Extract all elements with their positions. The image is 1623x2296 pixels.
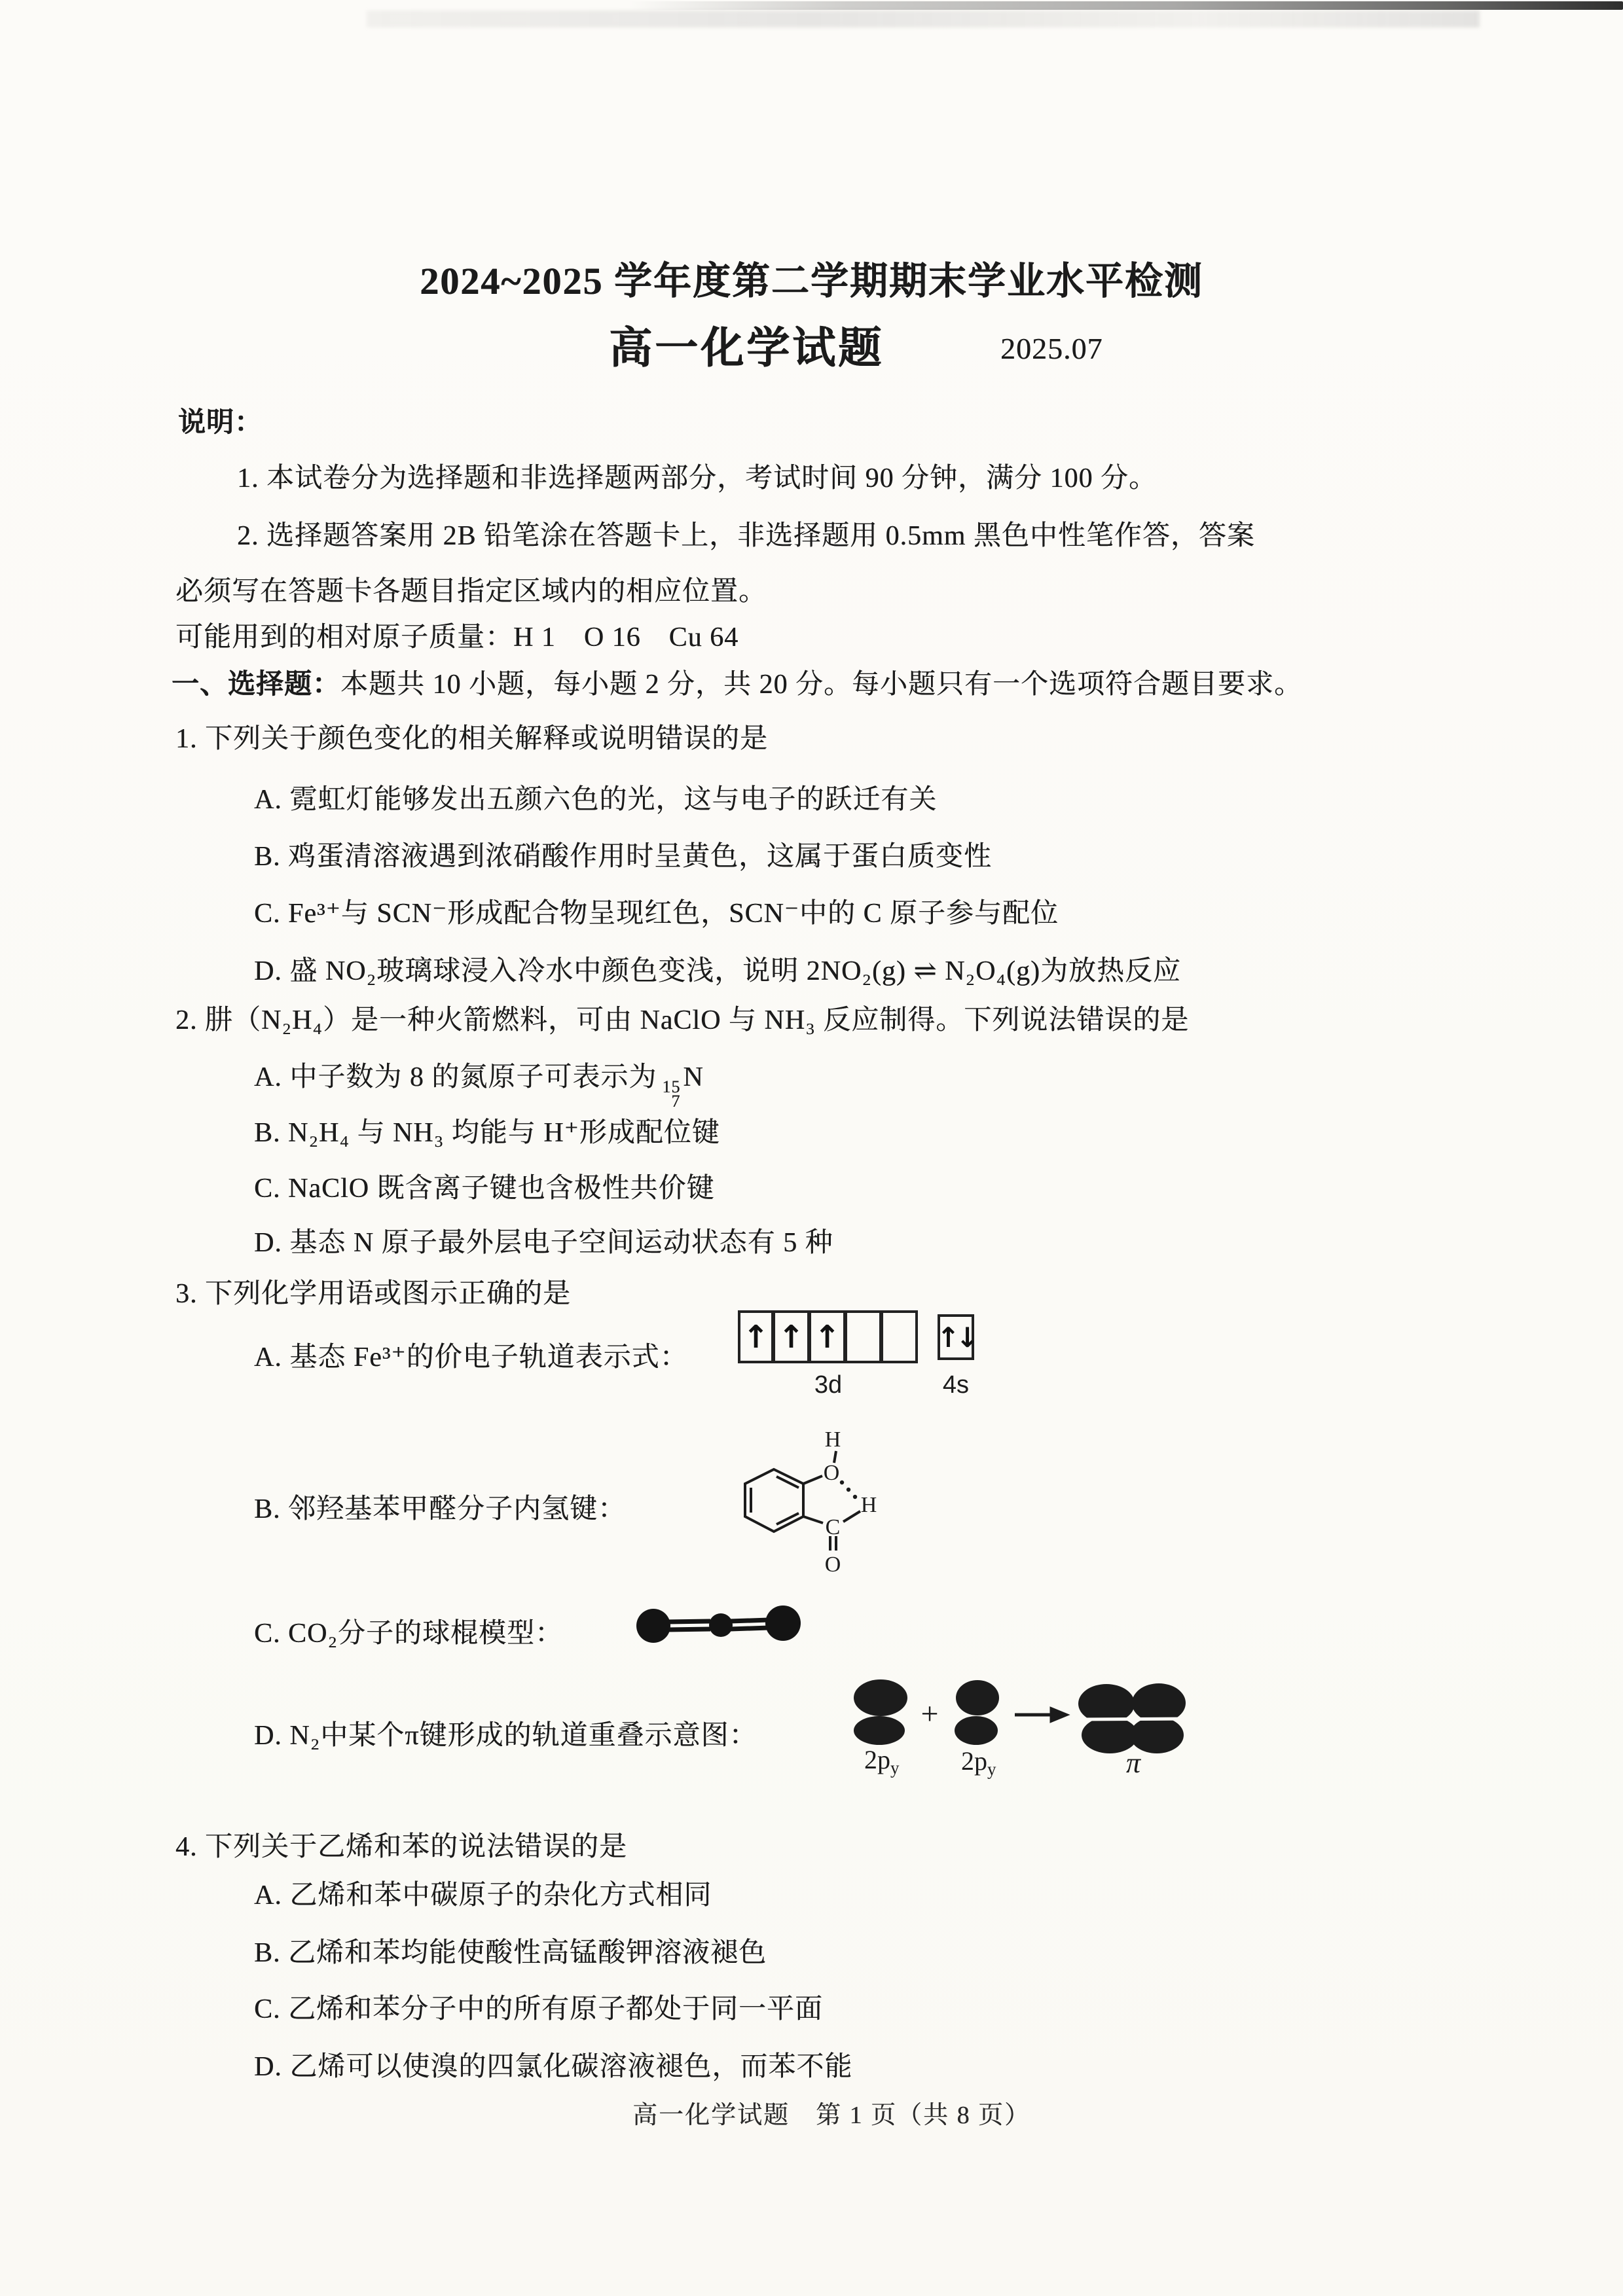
pi-overlap-lobe: [1132, 1683, 1186, 1723]
scan-artifact-smudge: [367, 10, 1480, 27]
atom-o-bottom: O: [825, 1552, 841, 1577]
atom-h-bonded: H: [861, 1493, 877, 1517]
orbital-label-2py: 2py: [961, 1746, 996, 1779]
plus-sign: +: [921, 1696, 938, 1731]
pi-lobe-gap: [1079, 1719, 1192, 1719]
q2-stem: 2. 肼（N₂H₄）是一种火箭燃料，可由 NaClO 与 NH₃ 反应制得。下列…: [175, 998, 1189, 1037]
oxygen-ball: [765, 1605, 801, 1641]
q4-stem: 4. 下列关于乙烯和苯的说法错误的是: [175, 1825, 627, 1864]
note-item-1: 1. 本试卷分为选择题和非选择题两部分，考试时间 90 分钟，满分 100 分。: [237, 456, 1157, 495]
orbital-box: ↑: [774, 1310, 810, 1363]
q4-option-b: B. 乙烯和苯均能使酸性高锰酸钾溶液褪色: [254, 1931, 767, 1970]
section-desc: 本题共 10 小题，每小题 2 分，共 20 分。每小题只有一个选项符合题目要求…: [340, 670, 1302, 700]
q3-option-b-label: B. 邻羟基苯甲醛分子内氢键：: [254, 1487, 626, 1526]
q4-option-a: A. 乙烯和苯中碳原子的杂化方式相同: [254, 1873, 712, 1912]
q4-option-c: C. 乙烯和苯分子中的所有原子都处于同一平面: [254, 1987, 823, 2026]
q1-option-b: B. 鸡蛋清溶液遇到浓硝酸作用时呈黄色，这属于蛋白质变性: [254, 834, 992, 874]
q1-option-c: C. Fe³⁺与 SCN⁻形成配合物呈现红色，SCN⁻中的 C 原子参与配位: [254, 891, 1059, 931]
exam-page: 2024~2025 学年度第二学期期末学业水平检测 高一化学试题 2025.07…: [0, 0, 1623, 2296]
q3-stem: 3. 下列化学用语或图示正确的是: [175, 1272, 571, 1311]
q3-option-d-label: D. N₂中某个π键形成的轨道重叠示意图：: [254, 1713, 757, 1753]
orbital-arrow-up: ↑: [778, 1319, 804, 1355]
isotope-symbol: N: [683, 1062, 703, 1092]
orbital-label-3d: 3d: [802, 1371, 854, 1399]
atomic-mass-note: 可能用到的相对原子质量：H 1 O 16 Cu 64: [175, 615, 739, 655]
orbital-arrow-pair: ↑↓: [937, 1321, 975, 1354]
q1-stem: 1. 下列关于颜色变化的相关解释或说明错误的是: [175, 717, 768, 756]
orbital-box: [846, 1310, 882, 1363]
p-orbital-lobe: [956, 1680, 999, 1715]
orbital-label-2py: 2py: [864, 1745, 900, 1778]
q4-option-d: D. 乙烯可以使溴的四氯化碳溶液褪色，而苯不能: [254, 2045, 852, 2084]
exam-date: 2025.07: [1000, 331, 1103, 366]
co2-ball-stick-model: [625, 1600, 822, 1656]
atom-o: O: [824, 1461, 840, 1485]
p-orbital-lobe: [955, 1716, 998, 1745]
orbital-label-4s: 4s: [930, 1371, 982, 1399]
oxygen-ball: [636, 1609, 670, 1643]
note-item-2-continuation: 必须写在答题卡各题目指定区域内的相应位置。: [175, 569, 767, 609]
orbital-arrow-up: ↑: [742, 1319, 769, 1355]
q2-option-c: C. NaClO 既含离子键也含极性共价键: [254, 1166, 715, 1206]
orbital-diagram-3d: ↑ ↑ ↑: [738, 1310, 918, 1363]
q2-option-d: D. 基态 N 原子最外层电子空间运动状态有 5 种: [254, 1221, 833, 1260]
q2-option-b: B. N₂H₄ 与 NH₃ 均能与 H⁺形成配位键: [254, 1111, 720, 1150]
q1-option-d: D. 盛 NO₂玻璃球浸入冷水中颜色变浅，说明 2NO₂(g) ⇌ N₂O₄(g…: [254, 949, 1181, 988]
q2-option-a-text: A. 中子数为 8 的氮原子可表示为: [254, 1062, 657, 1092]
orbital-box-4s: ↑↓: [938, 1314, 974, 1360]
pi-orbital-overlap-diagram: + 2py 2py π: [838, 1669, 1205, 1784]
q1-option-a: A. 霓虹灯能够发出五颜六色的光，这与电子的跃迁有关: [254, 778, 937, 817]
q2-option-a: A. 中子数为 8 的氮原子可表示为157N: [254, 1055, 704, 1109]
hydrogen-bond-dot: [847, 1488, 850, 1492]
section-label: 一、选择题：: [172, 670, 340, 700]
p-orbital-lobe: [854, 1679, 907, 1716]
benzene-ring: [745, 1469, 803, 1532]
note-item-2: 2. 选择题答案用 2B 铅笔涂在答题卡上，非选择题用 0.5mm 黑色中性笔作…: [237, 514, 1255, 553]
orbital-box: ↑: [738, 1310, 774, 1363]
hydrogen-bond-dot: [853, 1495, 857, 1499]
orbital-arrow-up: ↑: [814, 1319, 840, 1355]
atom-c: C: [826, 1515, 841, 1539]
q3-option-a-label: A. 基态 Fe³⁺的价电子轨道表示式：: [254, 1335, 688, 1374]
page-title: 2024~2025 学年度第二学期期末学业水平检测: [0, 250, 1623, 305]
scan-artifact-top: [629, 1, 1623, 10]
arrow-head: [1051, 1709, 1066, 1721]
section-heading: 一、选择题：本题共 10 小题，每小题 2 分，共 20 分。每小题只有一个选项…: [172, 662, 1302, 702]
pi-label: π: [1126, 1747, 1142, 1779]
q3-option-c-label: C. CO₂分子的球棍模型：: [254, 1611, 563, 1651]
atom-h-top: H: [825, 1427, 841, 1452]
orbital-box: [882, 1310, 918, 1363]
hydrogen-bond-dot: [840, 1480, 844, 1484]
molecule-structure-salicylaldehyde: H O H C O: [720, 1417, 969, 1581]
page-subtitle: 高一化学试题: [609, 313, 884, 375]
p-orbital-lobe: [854, 1716, 905, 1745]
carbon-ball: [709, 1613, 733, 1637]
isotope-atomic-number: 7: [671, 1094, 680, 1109]
isotope-notation: 157: [662, 1080, 680, 1109]
page-footer: 高一化学试题 第 1 页（共 8 页）: [615, 2094, 1048, 2130]
orbital-box: ↑: [810, 1310, 846, 1363]
notes-label: 说明：: [178, 401, 263, 440]
